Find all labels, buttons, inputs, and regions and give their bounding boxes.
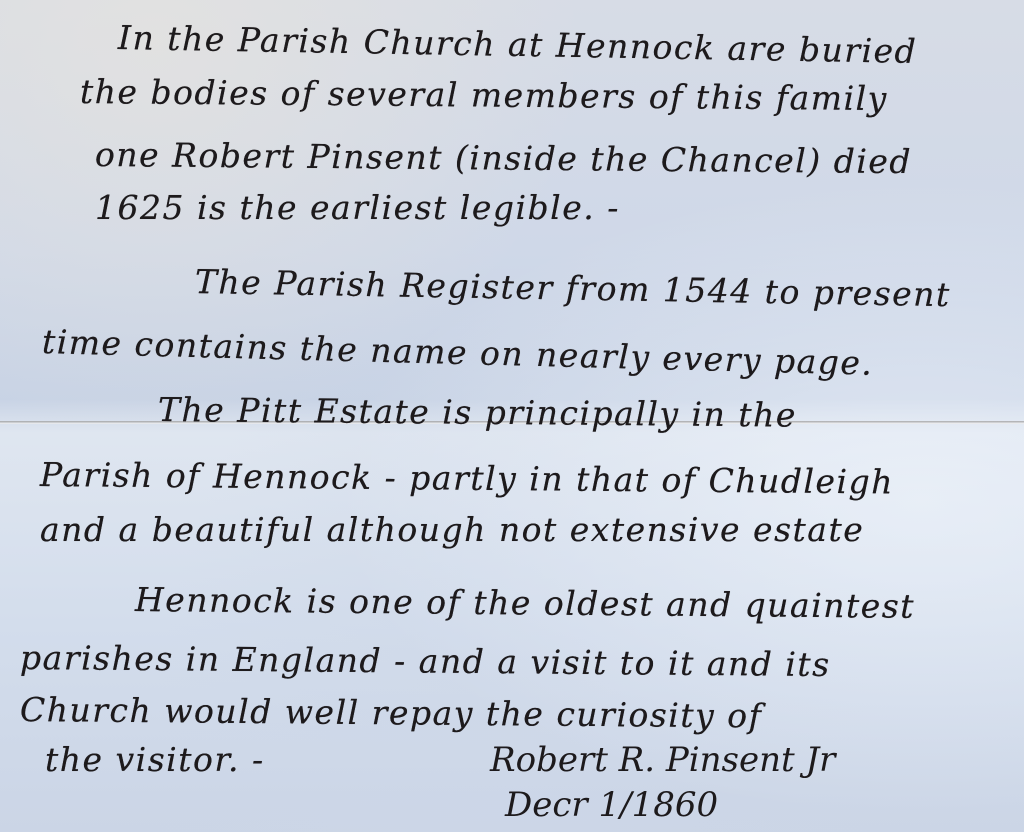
letter-line: time contains the name on nearly every p… <box>41 322 874 383</box>
letter-line: The Pitt Estate is principally in the <box>158 390 797 435</box>
letter-line: 1625 is the earliest legible. - <box>95 188 620 227</box>
letter-line: In the Parish Church at Hennock are buri… <box>118 18 918 71</box>
letter-line: Hennock is one of the oldest and quainte… <box>135 580 915 626</box>
letter-line: parishes in England - and a visit to it … <box>20 638 831 684</box>
letter-page: In the Parish Church at Hennock are buri… <box>0 0 1024 832</box>
signature-date: Decr 1/1860 <box>505 785 718 825</box>
letter-line: Church would well repay the curiosity of <box>20 690 763 735</box>
letter-line: and a beautiful although not extensive e… <box>40 510 864 549</box>
letter-line: one Robert Pinsent (inside the Chancel) … <box>95 135 912 181</box>
letter-line: the visitor. - <box>45 740 265 779</box>
letter-line: The Parish Register from 1544 to present <box>195 262 951 314</box>
signature-name: Robert R. Pinsent Jr <box>490 740 835 780</box>
letter-line: Parish of Hennock - partly in that of Ch… <box>40 455 894 501</box>
letter-line: the bodies of several members of this fa… <box>80 72 888 118</box>
